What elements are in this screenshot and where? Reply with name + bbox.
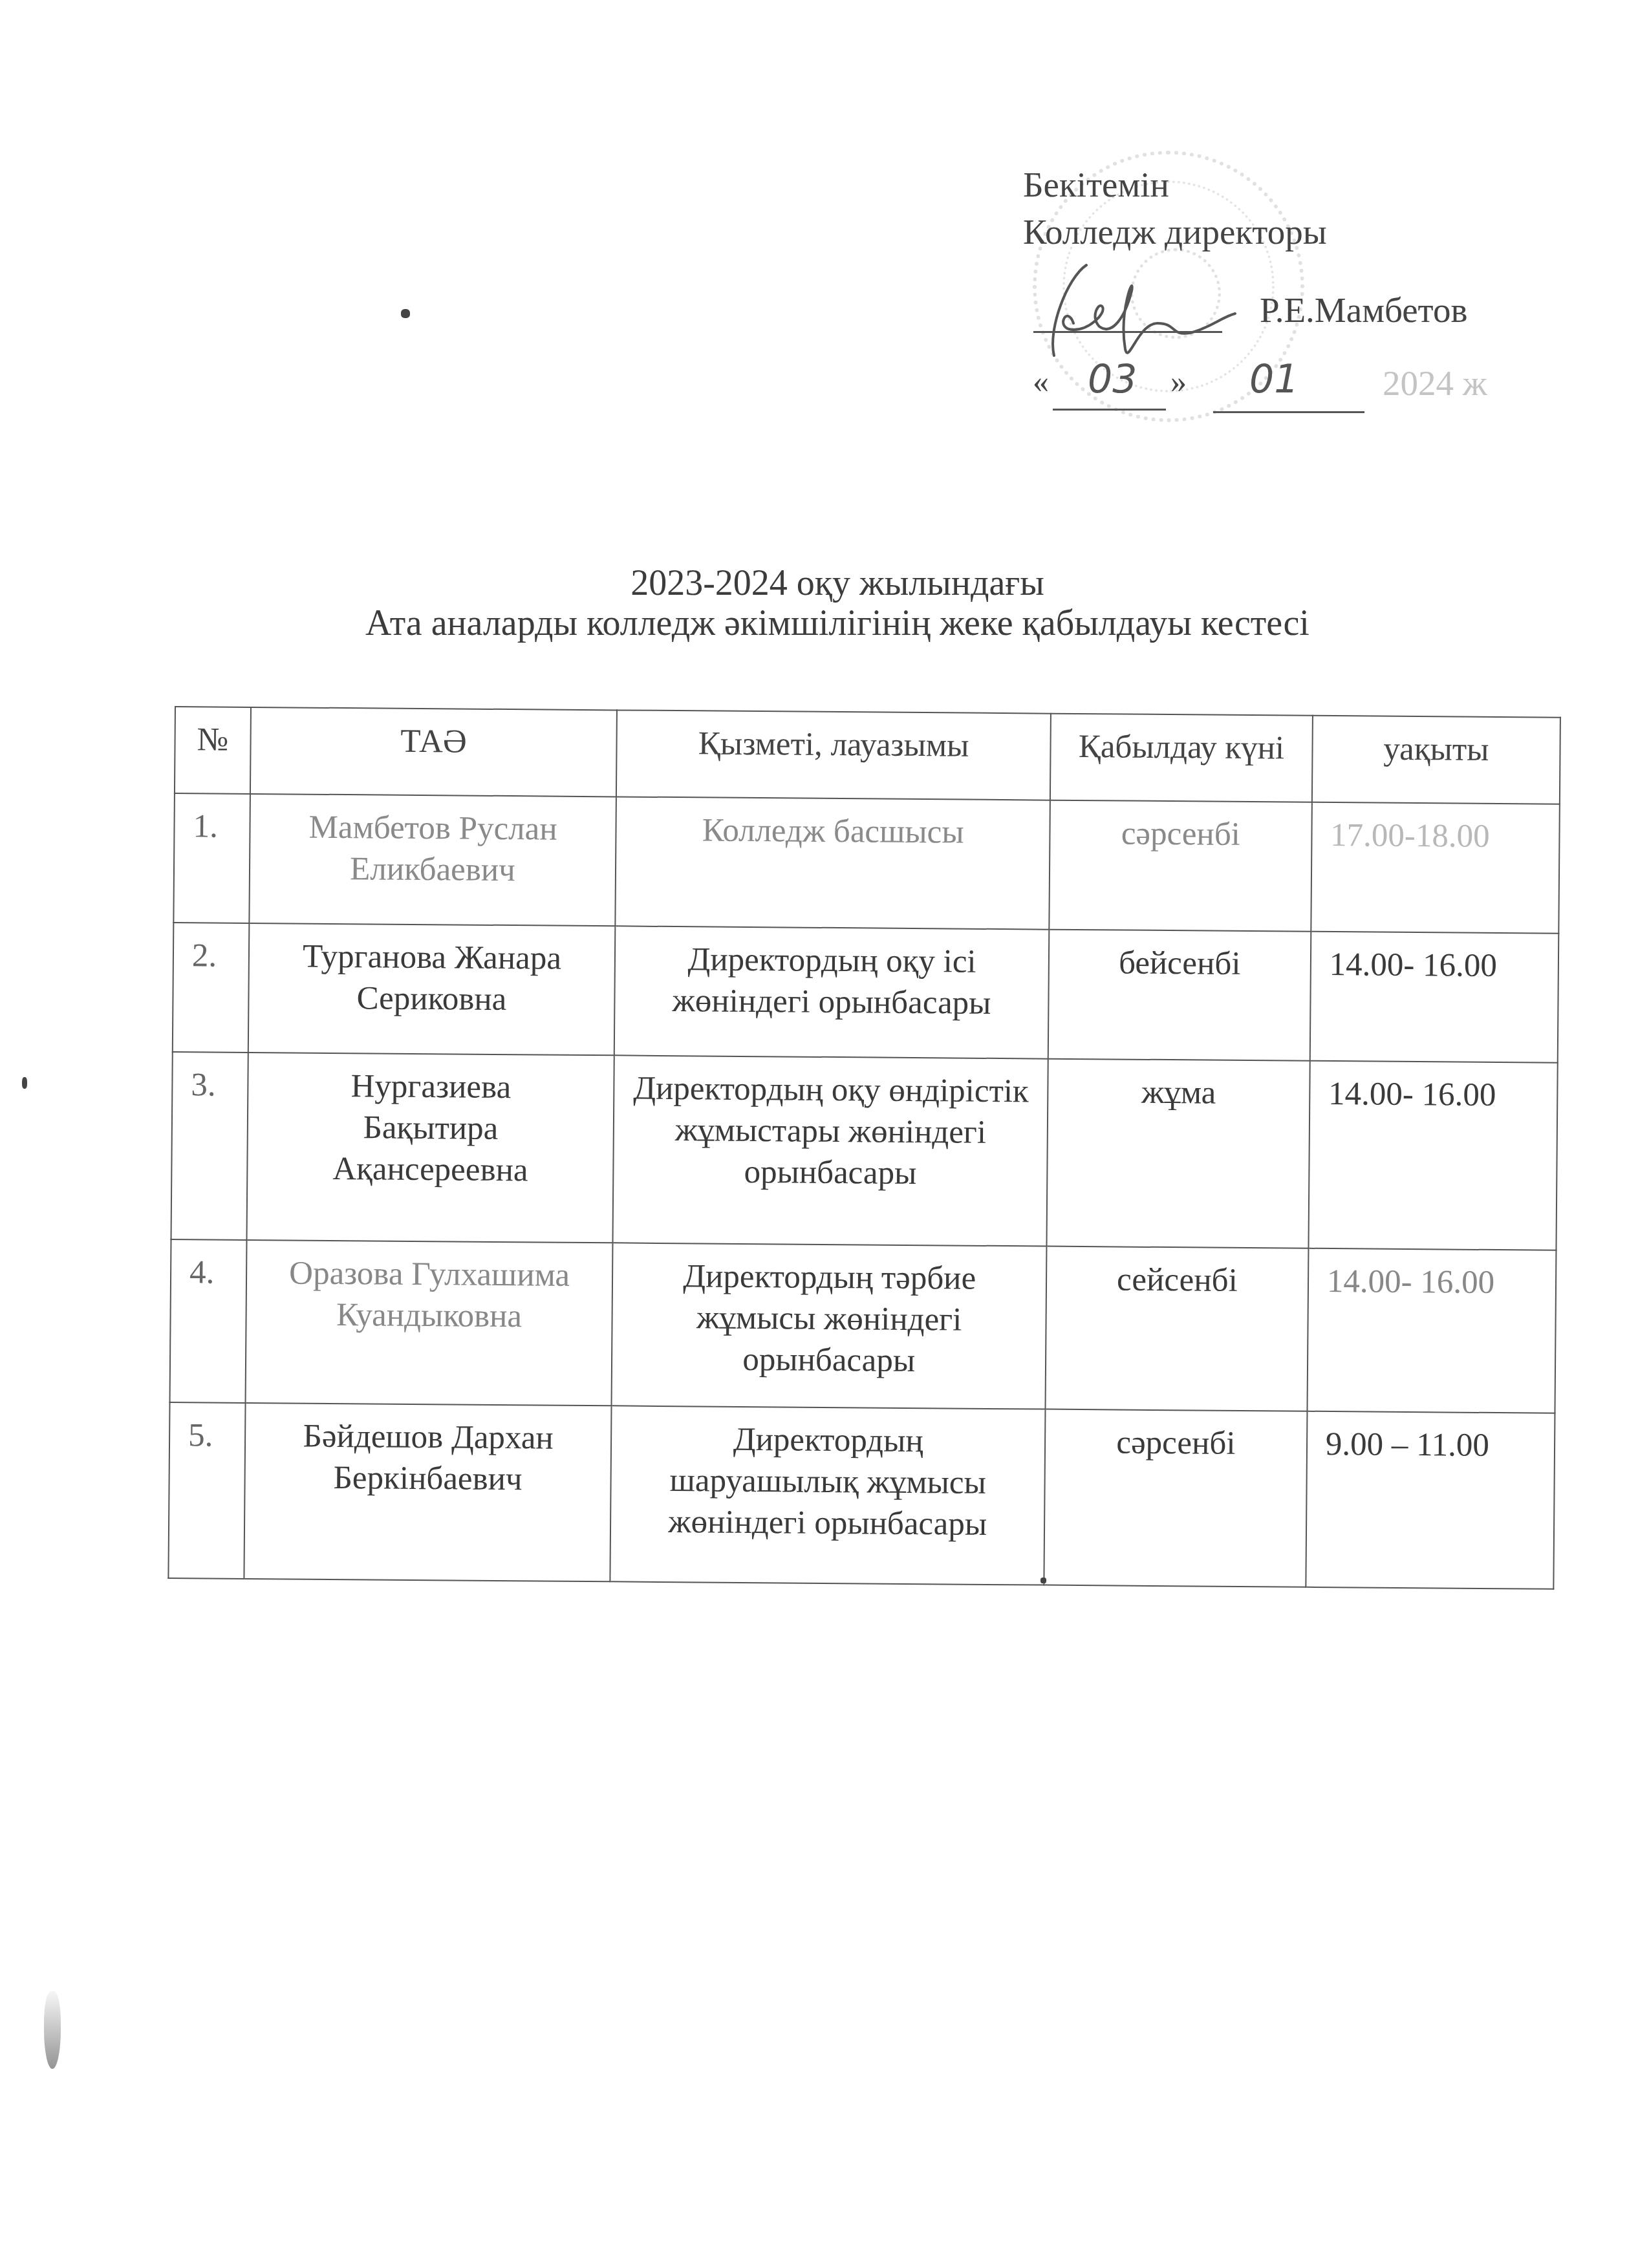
row-number: 3. xyxy=(171,1052,248,1240)
table-row: 5. Бәйдешов Дархан Беркінбаевич Директор… xyxy=(168,1402,1555,1589)
row-time: 14.00- 16.00 xyxy=(1309,932,1558,1063)
header-full-name: ТАӘ xyxy=(250,707,618,797)
row-time: 14.00- 16.00 xyxy=(1307,1248,1556,1413)
row-time: 14.00- 16.00 xyxy=(1308,1061,1558,1250)
row-name: Мамбетов Руслан Еликбаевич xyxy=(249,794,616,926)
row-day: жұма xyxy=(1046,1059,1309,1248)
row-day: бейсенбі xyxy=(1048,930,1311,1061)
row-position: Директордың тәрбие жұмысы жөніндегі орын… xyxy=(612,1243,1047,1409)
row-day: сәрсенбі xyxy=(1044,1409,1307,1587)
header-time: уақыты xyxy=(1312,716,1560,804)
signature-line xyxy=(1033,331,1222,333)
date-open-quote: « xyxy=(1033,365,1049,398)
scan-speck xyxy=(1040,1578,1046,1583)
scan-speck xyxy=(22,1077,27,1089)
row-time: 17.00-18.00 xyxy=(1311,802,1560,934)
approval-role: Колледж директоры xyxy=(1023,214,1327,250)
approval-heading: Бекітемін xyxy=(1023,167,1169,202)
scan-smudge xyxy=(44,1991,61,2069)
date-month: 01 xyxy=(1249,357,1299,402)
row-name: Бәйдешов Дархан Беркінбаевич xyxy=(244,1403,612,1581)
table-row: 1. Мамбетов Руслан Еликбаевич Колледж ба… xyxy=(173,793,1560,934)
date-day: 03 xyxy=(1088,357,1137,402)
document-title: Ата аналарды колледж әкімшілігінің жеке … xyxy=(0,603,1649,644)
row-time: 9.00 – 11.00 xyxy=(1306,1411,1555,1589)
row-day: сәрсенбі xyxy=(1049,800,1311,932)
row-number: 4. xyxy=(170,1239,247,1403)
row-day: сейсенбі xyxy=(1045,1246,1308,1411)
header-reception-day: Қабылдау күні xyxy=(1050,714,1313,802)
row-name: Нургазиева Бақытира Ақансереевна xyxy=(246,1053,614,1243)
table-row: 2. Турганова Жанара Сериковна Директорды… xyxy=(173,923,1559,1063)
row-number: 2. xyxy=(173,923,249,1053)
reception-schedule-table: № ТАӘ Қызметі, лауазымы Қабылдау күні уа… xyxy=(167,706,1561,1590)
director-name: Р.Е.Мамбетов xyxy=(1260,292,1467,328)
header-number: № xyxy=(175,707,251,794)
table-row: 4. Оразова Гулхашима Куандыковна Директо… xyxy=(170,1239,1557,1413)
date-year: 2024 ж xyxy=(1383,365,1487,401)
row-number: 5. xyxy=(168,1402,245,1579)
header-position: Қызметі, лауазымы xyxy=(616,710,1051,800)
month-underline xyxy=(1213,411,1364,413)
signature-icon xyxy=(1028,252,1261,369)
row-position: Колледж басшысы xyxy=(616,797,1050,929)
row-number: 1. xyxy=(173,793,250,923)
row-name: Турганова Жанара Сериковна xyxy=(248,923,616,1055)
day-underline xyxy=(1053,409,1166,411)
row-name: Оразова Гулхашима Куандыковна xyxy=(245,1240,613,1406)
scan-speck xyxy=(401,309,410,318)
table-header-row: № ТАӘ Қызметі, лауазымы Қабылдау күні уа… xyxy=(175,707,1560,804)
row-position: Директордың оқу ісі жөніндегі орынбасары xyxy=(614,926,1049,1058)
row-position: Директордың шаруашылық жұмысы жөніндегі … xyxy=(610,1406,1046,1585)
table-row: 3. Нургазиева Бақытира Ақансереевна Дире… xyxy=(171,1052,1558,1250)
row-position: Директордың оқу өндірістік жұмыстары жөн… xyxy=(613,1055,1048,1246)
document-title-year: 2023-2024 оқу жылындағы xyxy=(0,562,1649,604)
date-close-quote: » xyxy=(1170,365,1187,398)
